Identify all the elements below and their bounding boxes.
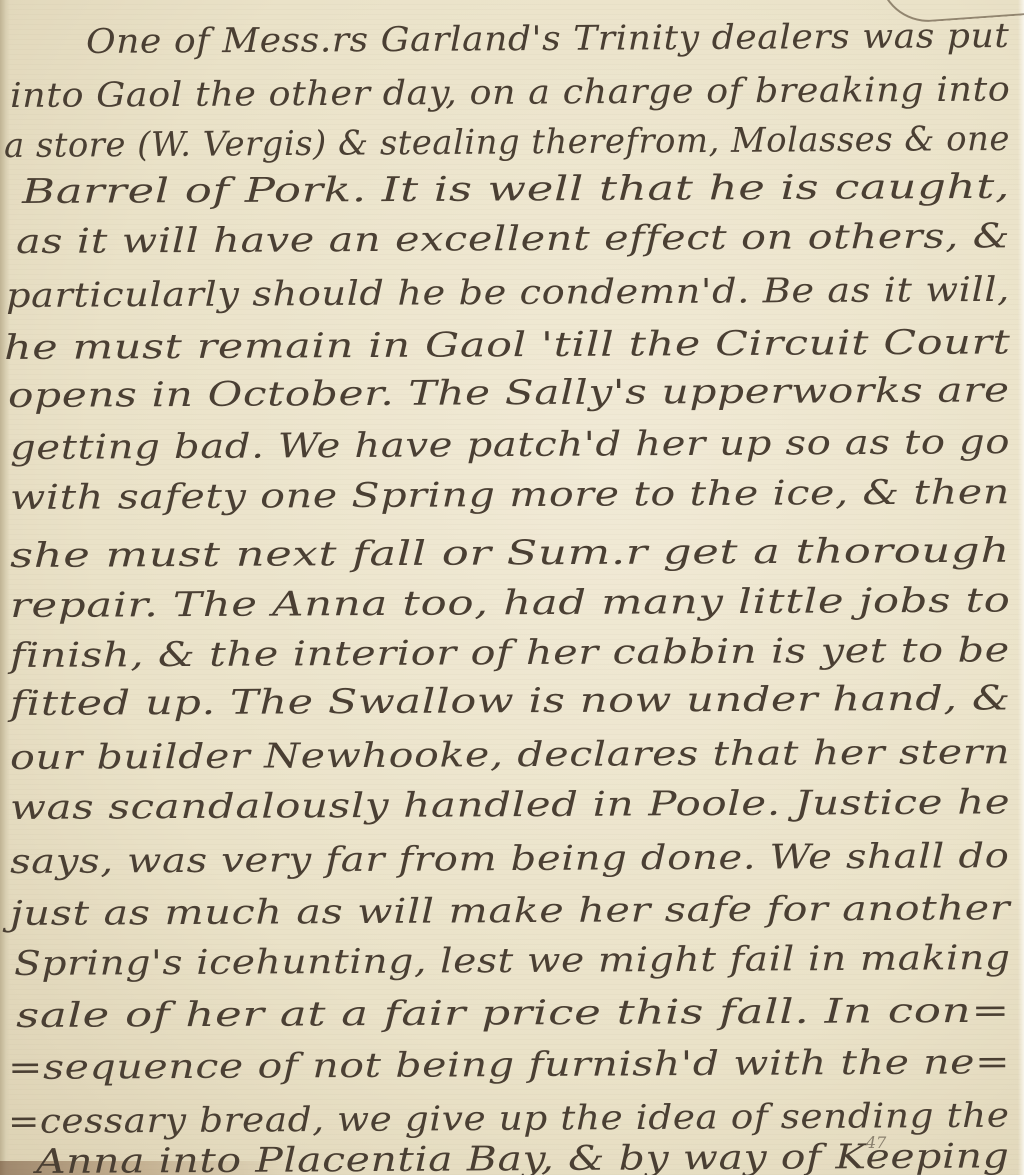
- text-line: repair. The Anna too, had many little jo…: [10, 581, 1011, 626]
- text-line: opens in October. The Sally's upperworks…: [8, 370, 1010, 416]
- text-line: sale of her at a fair price this fall. I…: [16, 991, 1010, 1036]
- text-line: our builder Newhooke, declares that her …: [10, 732, 1010, 778]
- text-line: Barrel of Pork. It is well that he is ca…: [22, 167, 1010, 212]
- text-line: just as much as will make her safe for a…: [10, 888, 1011, 934]
- text-line: with safety one Spring more to the ice, …: [10, 472, 1010, 518]
- text-line: =cessary bread, we give up the idea of s…: [8, 1096, 1010, 1142]
- text-line: as it will have an excellent effect on o…: [16, 216, 1010, 262]
- text-line: getting bad. We have patch'd her up so a…: [10, 422, 1010, 468]
- manuscript-page: One of Mess.rs Garland's Trinity dealers…: [0, 0, 1024, 1175]
- text-line: One of Mess.rs Garland's Trinity dealers…: [86, 16, 1010, 62]
- binding-spine: [0, 0, 10, 1175]
- text-line: Spring's icehunting, lest we might fail …: [14, 938, 1011, 984]
- text-line: Anna into Placentia Bay, & by way of Kee…: [36, 1136, 1010, 1175]
- page-number: 47: [866, 1133, 886, 1152]
- page-edge: [1018, 0, 1024, 1175]
- text-line: says, was very far from being done. We s…: [10, 836, 1010, 882]
- text-line: =sequence of not being furnish'd with th…: [8, 1042, 1010, 1088]
- text-line: fitted up. The Swallow is now under hand…: [10, 678, 1011, 724]
- text-line: finish, & the interior of her cabbin is …: [10, 630, 1010, 676]
- text-line: into Gaol the other day, on a charge of …: [10, 69, 1011, 116]
- text-line: she must next fall or Sum.r get a thorou…: [10, 531, 1010, 576]
- text-line: a store (W. Vergis) & stealing therefrom…: [4, 119, 1010, 166]
- text-line: he must remain in Gaol 'till the Circuit…: [4, 322, 1011, 368]
- text-line: was scandalously handled in Poole. Justi…: [10, 782, 1011, 828]
- text-line: particularly should he be condemn'd. Be …: [6, 270, 1010, 316]
